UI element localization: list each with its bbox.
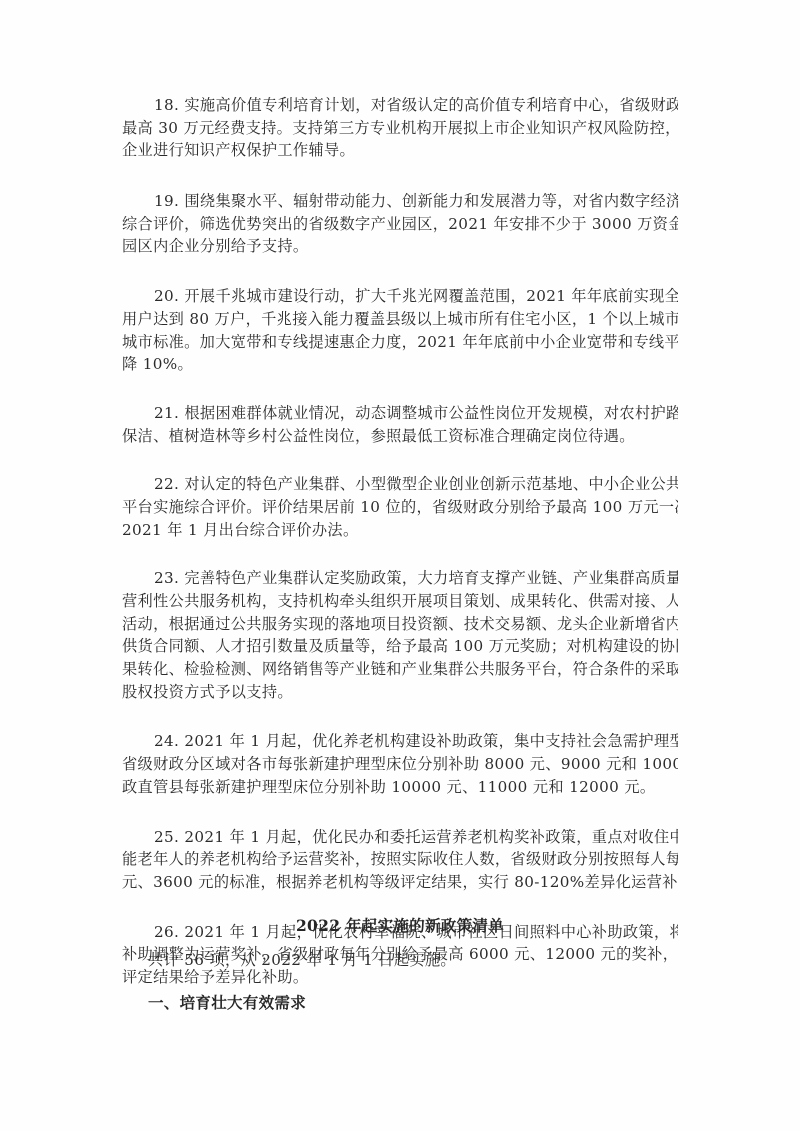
policy-paragraphs: 18. 实施高价值专利培育计划，对省级认定的高价值专利培育中心，省级财政给予每家… — [122, 94, 678, 989]
policy-item-19: 19. 围绕集聚水平、辐射带动能力、创新能力和发展潜力等，对省内数字经济园区开展… — [122, 190, 678, 258]
paragraph-line: 果转化、检验检测、网络销售等产业链和产业集群公共服务平台，符合条件的采取财政资金 — [122, 658, 678, 681]
paragraph-line: 2021 年 1 月出台综合评价办法。 — [122, 519, 678, 542]
paragraph-line: 21. 根据困难群体就业情况，动态调整城市公益性岗位开发规模，对农村护路、管水、 — [122, 402, 678, 425]
paragraph-line: 最高 30 万元经费支持。支持第三方专业机构开展拟上市企业知识产权风险防控，对拟… — [122, 117, 678, 140]
paragraph-line: 保洁、植树造林等乡村公益性岗位，参照最低工资标准合理确定岗位待遇。 — [122, 425, 678, 448]
paragraph-line: 25. 2021 年 1 月起，优化民办和委托运营养老机构奖补政策，重点对收住中… — [122, 826, 678, 849]
paragraph-line: 24. 2021 年 1 月起，优化养老机构建设补助政策，集中支持社会急需护理型… — [122, 730, 678, 753]
paragraph-line: 省级财政分区域对各市每张新建护理型床位分别补助 8000 元、9000 元和 1… — [122, 753, 678, 776]
paragraph-line: 元、3600 元的标准，根据养老机构等级评定结果，实行 80-120%差异化运营… — [122, 871, 678, 894]
paragraph-line: 企业进行知识产权保护工作辅导。 — [122, 139, 678, 162]
policy-item-23: 23. 完善特色产业集群认定奖励政策，大力培育支撑产业链、产业集群高质量发展的非… — [122, 567, 678, 703]
paragraph-line: 综合评价，筛选优势突出的省级数字产业园区，2021 年安排不少于 3000 万资… — [122, 213, 678, 236]
paragraph-line: 18. 实施高价值专利培育计划，对省级认定的高价值专利培育中心，省级财政给予每家 — [122, 94, 678, 117]
paragraph-line: 23. 完善特色产业集群认定奖励政策，大力培育支撑产业链、产业集群高质量发展的非 — [122, 567, 678, 590]
paragraph-line: 活动，根据通过公共服务实现的落地项目投资额、技术交易额、龙头企业新增省内配套额、 — [122, 613, 678, 636]
paragraph-line: 20. 开展千兆城市建设行动，扩大千兆光网覆盖范围，2021 年年底前实现全省千… — [122, 285, 678, 308]
paragraph-line: 19. 围绕集聚水平、辐射带动能力、创新能力和发展潜力等，对省内数字经济园区开展 — [122, 190, 678, 213]
document-page: 18. 实施高价值专利培育计划，对省级认定的高价值专利培育中心，省级财政给予每家… — [0, 0, 800, 1131]
paragraph-line: 营利性公共服务机构，支持机构牵头组织开展项目策划、成果转化、供需对接、人才招引等 — [122, 590, 678, 613]
paragraph-line: 政直管县每张新建护理型床位分别补助 10000 元、11000 元和 12000… — [122, 776, 678, 799]
paragraph-line: 平台实施综合评价。评价结果居前 10 位的，省级财政分别给予最高 100 万元一… — [122, 496, 678, 519]
policy-item-22: 22. 对认定的特色产业集群、小型微型企业创业创新示范基地、中小企业公共服务示范… — [122, 473, 678, 541]
paragraph-line: 园区内企业分别给予支持。 — [122, 235, 678, 258]
policy-item-24: 24. 2021 年 1 月起，优化养老机构建设补助政策，集中支持社会急需护理型… — [122, 730, 678, 798]
policy-item-25: 25. 2021 年 1 月起，优化民办和委托运营养老机构奖补政策，重点对收住中… — [122, 826, 678, 894]
paragraph-line: 股权投资方式予以支持。 — [122, 681, 678, 704]
paragraph-line: 用户达到 80 万户，千兆接入能力覆盖县级以上城市所有住宅小区，1 个以上城市达… — [122, 308, 678, 331]
paragraph-line: 城市标准。加大宽带和专线提速惠企力度，2021 年年底前中小企业宽带和专线平均资… — [122, 331, 678, 354]
new-policy-list-heading: 2022 年起实施的新政策清单 — [0, 915, 800, 937]
paragraph-line: 供货合同额、人才招引数量及质量等，给予最高 100 万元奖励；对机构建设的协同创… — [122, 635, 678, 658]
new-policy-intro: 共计 56 项，从 2022 年 1 月 1 日起实施。 — [148, 949, 456, 971]
section-heading: 一、培育壮大有效需求 — [148, 992, 306, 1014]
paragraph-line: 能老年人的养老机构给予运营奖补，按照实际收住人数，省级财政分别按照每人每年 24… — [122, 848, 678, 871]
policy-item-21: 21. 根据困难群体就业情况，动态调整城市公益性岗位开发规模，对农村护路、管水、… — [122, 402, 678, 447]
paragraph-line: 降 10%。 — [122, 353, 678, 376]
paragraph-line: 22. 对认定的特色产业集群、小型微型企业创业创新示范基地、中小企业公共服务示范 — [122, 473, 678, 496]
policy-item-18: 18. 实施高价值专利培育计划，对省级认定的高价值专利培育中心，省级财政给予每家… — [122, 94, 678, 162]
policy-item-20: 20. 开展千兆城市建设行动，扩大千兆光网覆盖范围，2021 年年底前实现全省千… — [122, 285, 678, 376]
